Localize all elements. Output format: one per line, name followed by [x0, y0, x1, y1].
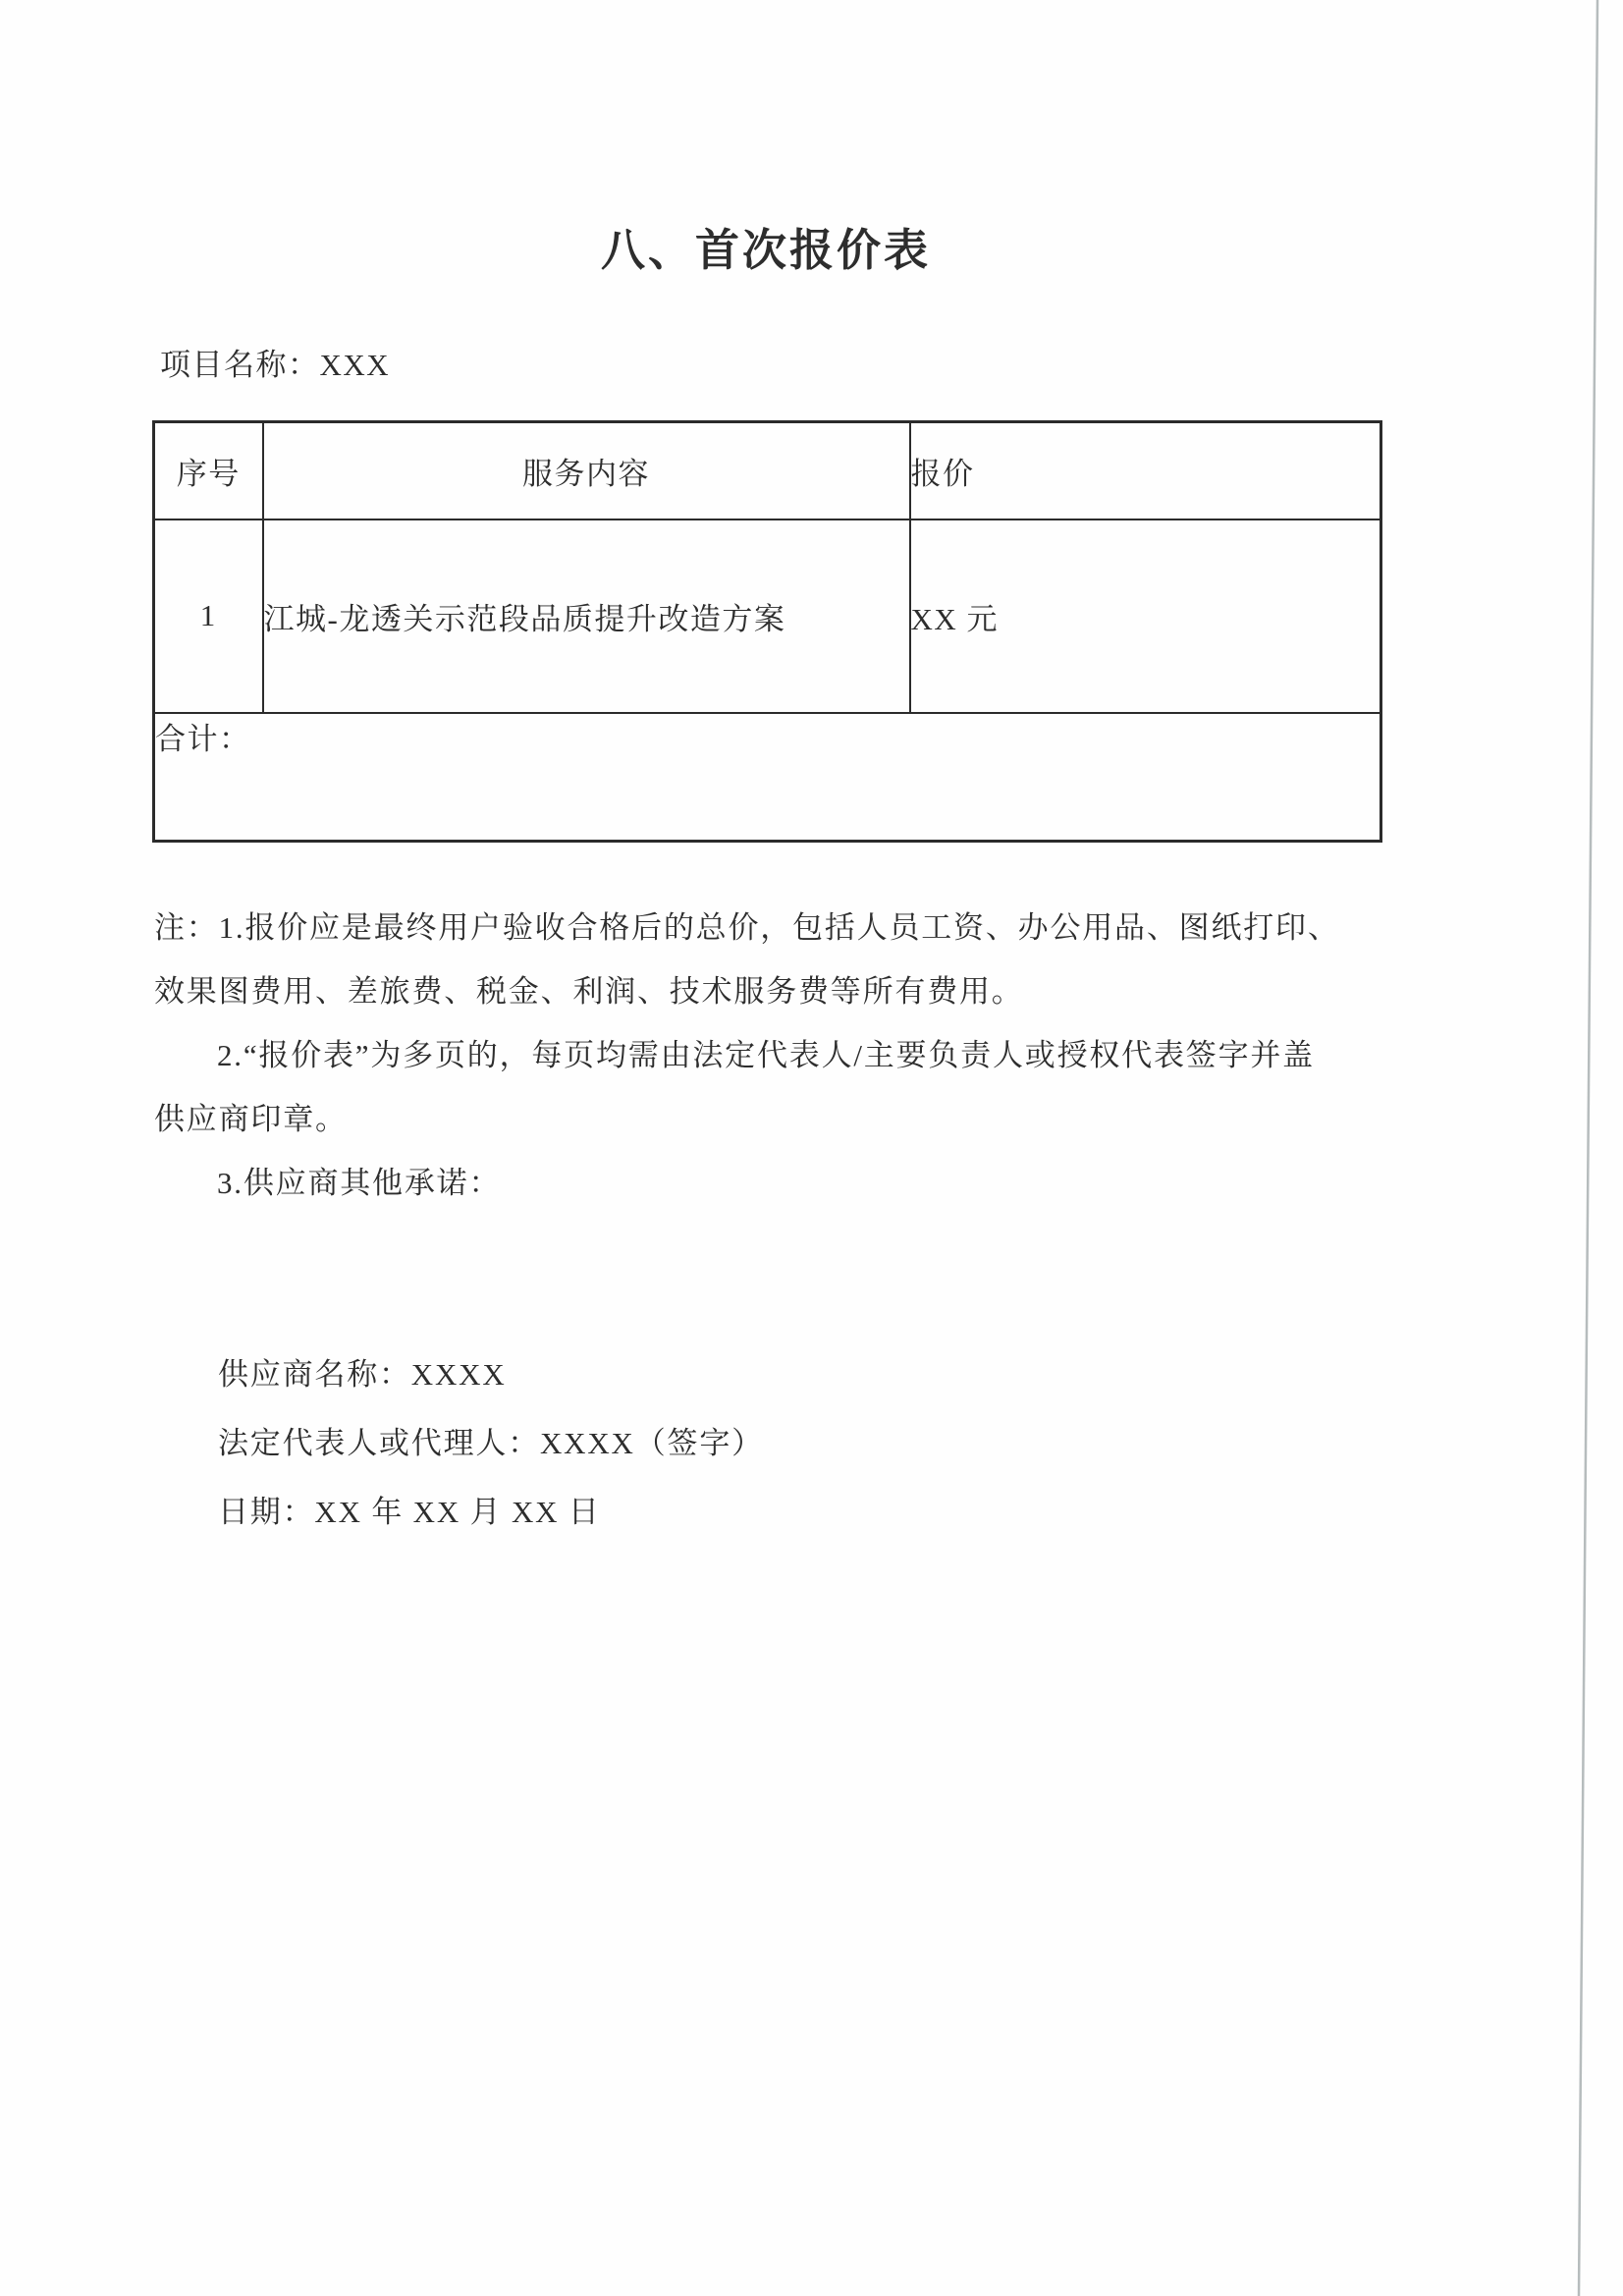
note-line-2: 效果图费用、差旅费、税金、利润、技术服务费等所有费用。: [154, 959, 1489, 1023]
total-label: 合计：: [154, 713, 1381, 842]
page-title: 八、首次报价表: [152, 214, 1380, 278]
project-name-line: 项目名称：XXX: [160, 340, 390, 384]
note-line-4: 供应商印章。: [154, 1087, 1489, 1151]
table-row: 1 江城-龙透关示范段品质提升改造方案 XX 元: [154, 519, 1381, 713]
cell-service-content: 江城-龙透关示范段品质提升改造方案: [263, 519, 910, 713]
note-line-1: 注：1.报价应是最终用户验收合格后的总价，包括人员工资、办公用品、图纸打印、: [154, 896, 1489, 959]
document-page: 八、首次报价表 项目名称：XXX 序号 服务内容 报价 1 江城-龙透关示范段品…: [0, 0, 1623, 2296]
representative-line: 法定代表人或代理人：XXXX（签字）: [218, 1409, 764, 1478]
notes-section: 注：1.报价应是最终用户验收合格后的总价，包括人员工资、办公用品、图纸打印、 效…: [154, 896, 1489, 1215]
date-line: 日期：XX 年 XX 月 XX 日: [218, 1478, 764, 1547]
supplier-name-line: 供应商名称：XXXX: [218, 1340, 764, 1409]
signature-section: 供应商名称：XXXX 法定代表人或代理人：XXXX（签字） 日期：XX 年 XX…: [218, 1340, 764, 1547]
cell-price: XX 元: [910, 519, 1381, 713]
quotation-table: 序号 服务内容 报价 1 江城-龙透关示范段品质提升改造方案 XX 元 合计：: [152, 420, 1382, 843]
table-header-row: 序号 服务内容 报价: [154, 422, 1381, 519]
table-total-row: 合计：: [154, 713, 1381, 842]
note-line-5: 3.供应商其他承诺：: [154, 1151, 1489, 1215]
header-cell-no: 序号: [154, 422, 263, 519]
scan-artifact-line-stroke: [1579, 0, 1597, 2296]
header-cell-price: 报价: [910, 422, 1381, 519]
cell-row-number: 1: [154, 519, 263, 713]
header-cell-service: 服务内容: [263, 422, 910, 519]
note-line-3: 2.“报价表”为多页的，每页均需由法定代表人/主要负责人或授权代表签字并盖: [154, 1023, 1489, 1087]
